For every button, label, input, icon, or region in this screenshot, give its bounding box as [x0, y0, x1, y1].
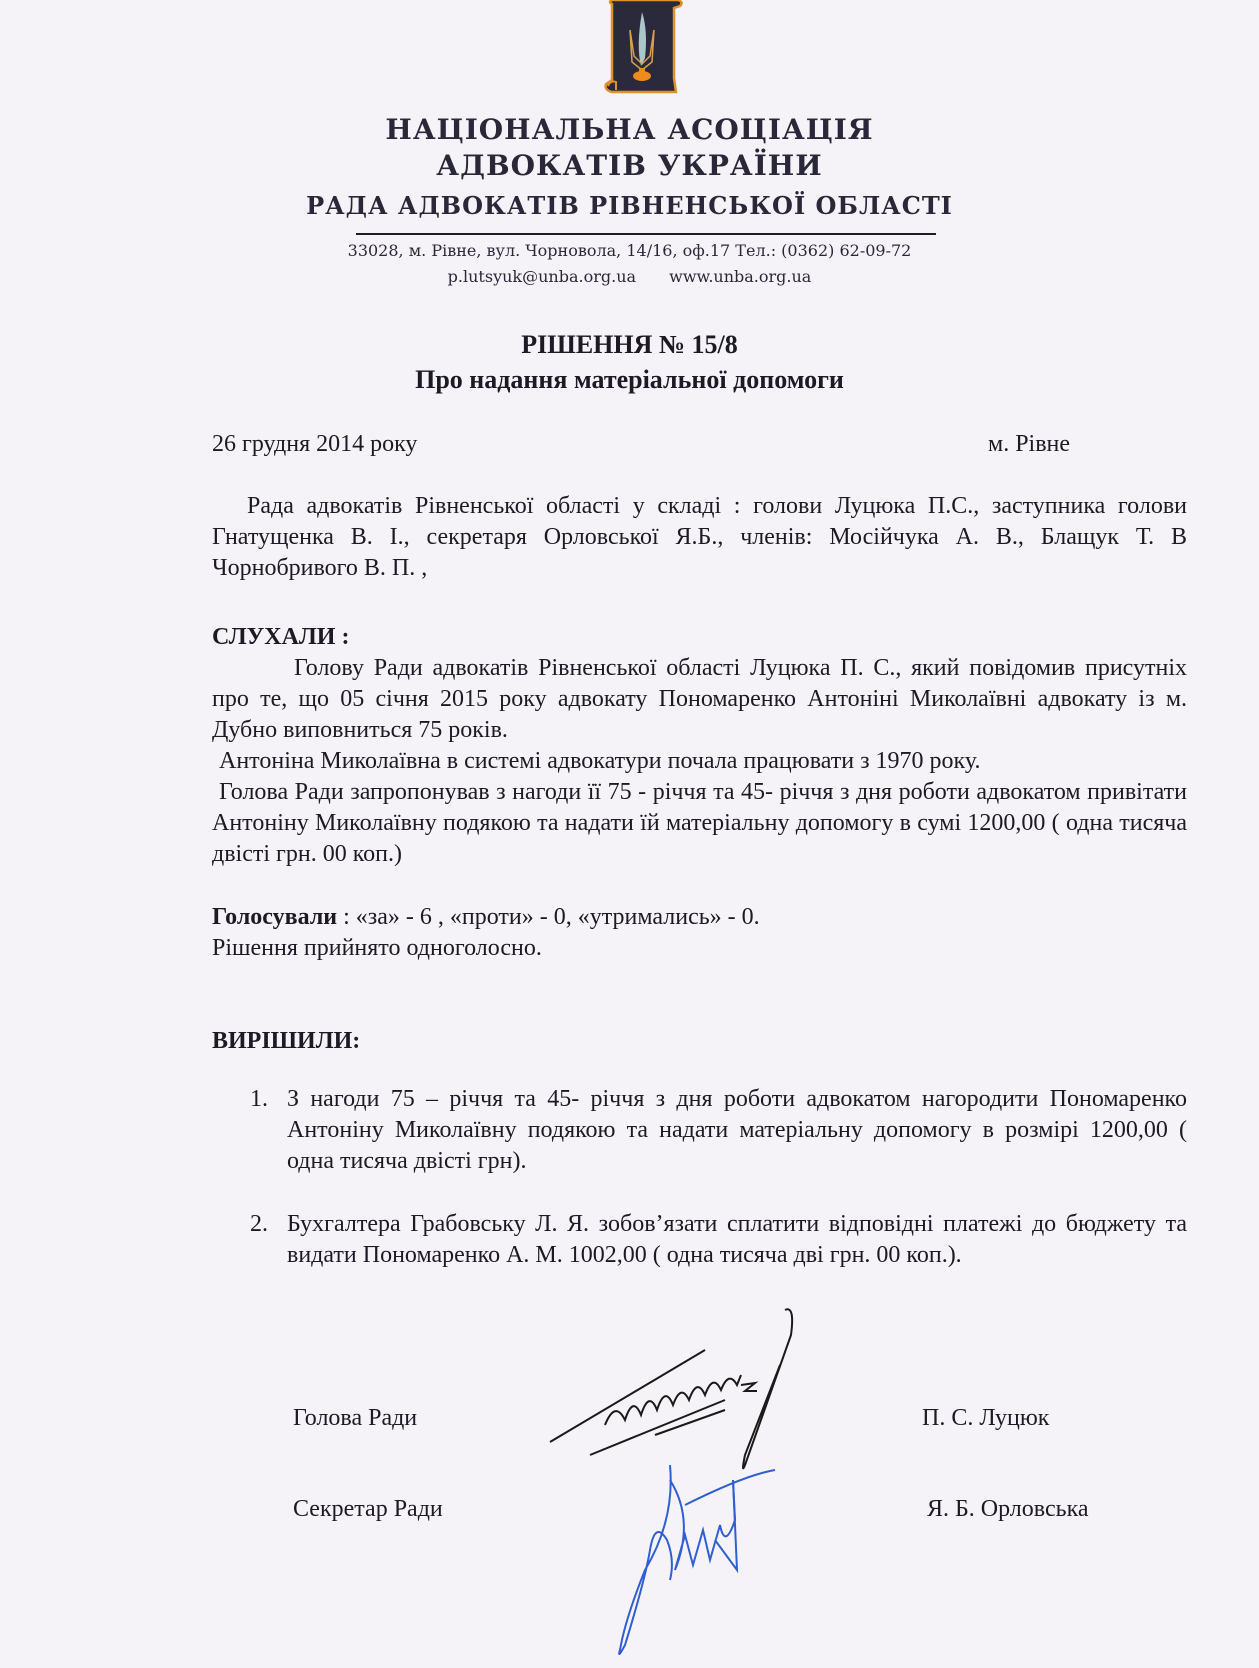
- signature-role-chair: Голова Ради: [293, 1403, 417, 1434]
- vote-outcome: Рішення прийнято одноголосно.: [212, 933, 542, 964]
- signature-role-secretary: Секретар Ради: [293, 1494, 443, 1525]
- intro-paragraph: Рада адвокатів Рівненської області у скл…: [212, 491, 1187, 584]
- decision-title: РІШЕННЯ № 15/8: [0, 330, 1259, 360]
- org-name-line2: АДВОКАТІВ УКРАЇНИ: [0, 149, 1259, 182]
- decision-date: 26 грудня 2014 року: [212, 429, 417, 460]
- vote-result: : «за» - 6 , «проти» - 0, «утримались» -…: [337, 904, 760, 930]
- org-name-line1: НАЦІОНАЛЬНА АСОЦІАЦІЯ: [0, 113, 1259, 146]
- decision-subtitle: Про надання матеріальної допомоги: [0, 365, 1259, 395]
- resolved-heading: ВИРІШИЛИ:: [212, 1026, 360, 1057]
- resolved-item-2: Бухгалтера Грабовську Л. Я. зобов’язати …: [287, 1209, 1187, 1271]
- signature-name-chair: П. С. Луцюк: [922, 1403, 1049, 1434]
- resolved-item-1: З нагоди 75 – річчя та 45- річчя з дня р…: [287, 1084, 1187, 1177]
- vote-label: Голосували: [212, 904, 337, 930]
- signature-name-secretary: Я. Б. Орловська: [927, 1494, 1089, 1525]
- website-link[interactable]: www.unba.org.ua: [669, 267, 811, 286]
- scroll-quill-trident-logo-icon: [598, 0, 684, 94]
- header-divider: [356, 233, 936, 235]
- heard-paragraph-2: Антоніна Миколаївна в системі адвокатури…: [219, 746, 1187, 777]
- heard-paragraph-1: Голову Ради адвокатів Рівненської област…: [212, 653, 1187, 746]
- resolved-item-number: 1.: [250, 1084, 268, 1115]
- address-line: 33028, м. Рівне, вул. Чорновола, 14/16, …: [0, 241, 1259, 260]
- resolved-item-number: 2.: [250, 1209, 268, 1240]
- email-link[interactable]: p.lutsyuk@unba.org.ua: [448, 267, 636, 286]
- vote-line: Голосували : «за» - 6 , «проти» - 0, «ут…: [212, 902, 760, 933]
- secretary-signature-icon: [615, 1460, 825, 1660]
- heard-paragraph-3: Голова Ради запропонував з нагоди її 75 …: [212, 777, 1187, 870]
- heard-heading: СЛУХАЛИ :: [212, 622, 349, 653]
- decision-place: м. Рівне: [988, 429, 1070, 460]
- contact-line: p.lutsyuk@unba.org.ua www.unba.org.ua: [0, 267, 1259, 286]
- council-name: РАДА АДВОКАТІВ РІВНЕНСЬКОЇ ОБЛАСТІ: [0, 191, 1259, 220]
